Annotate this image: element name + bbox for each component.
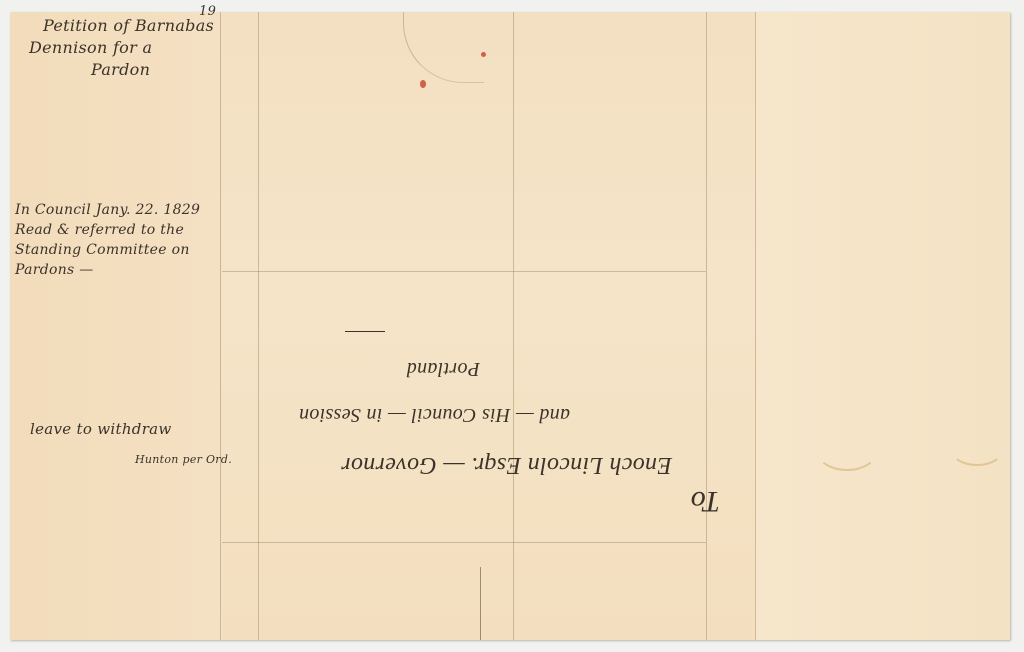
fold-line (220, 12, 221, 640)
address-salutation: To (690, 484, 720, 518)
address-line: and — His Council — in Session (299, 403, 570, 426)
signature: Hunton per Ord. (135, 453, 232, 466)
address-line: Portland (406, 357, 480, 380)
disposition-note: leave to withdraw (30, 420, 172, 438)
docket-line: Pardon (91, 59, 214, 81)
minutes-line: In Council Jany. 22. 1829 (15, 200, 200, 220)
docket-title: Petition of Barnabas Dennison for a Pard… (43, 15, 214, 81)
manuscript-sheet: 19 Petition of Barnabas Dennison for a P… (10, 12, 1010, 640)
minutes-line: Read & referred to the (15, 220, 200, 240)
address-block-inverted: To Enoch Lincoln Esqr. — Governor and — … (300, 312, 720, 522)
docket-line: Petition of Barnabas (43, 15, 214, 37)
fold-line (222, 542, 706, 543)
stain (815, 427, 879, 471)
seal-wax-fragment (481, 52, 486, 57)
seal-outline (403, 12, 484, 83)
minutes-line: Standing Committee on (15, 240, 200, 260)
docket-line: Dennison for a (29, 37, 214, 59)
stain (950, 432, 1004, 466)
fold-line (258, 12, 259, 640)
council-minutes: In Council Jany. 22. 1829 Read & referre… (15, 200, 200, 280)
fold-line (755, 12, 756, 640)
right-panel (755, 12, 1010, 640)
paper-tear (480, 567, 489, 640)
minutes-line: Pardons — (15, 260, 200, 280)
underline-flourish (345, 331, 385, 332)
address-line: Enoch Lincoln Esqr. — Governor (341, 451, 672, 478)
fold-line (222, 271, 706, 272)
seal-wax-fragment (420, 80, 426, 88)
docket-panel (10, 12, 222, 640)
